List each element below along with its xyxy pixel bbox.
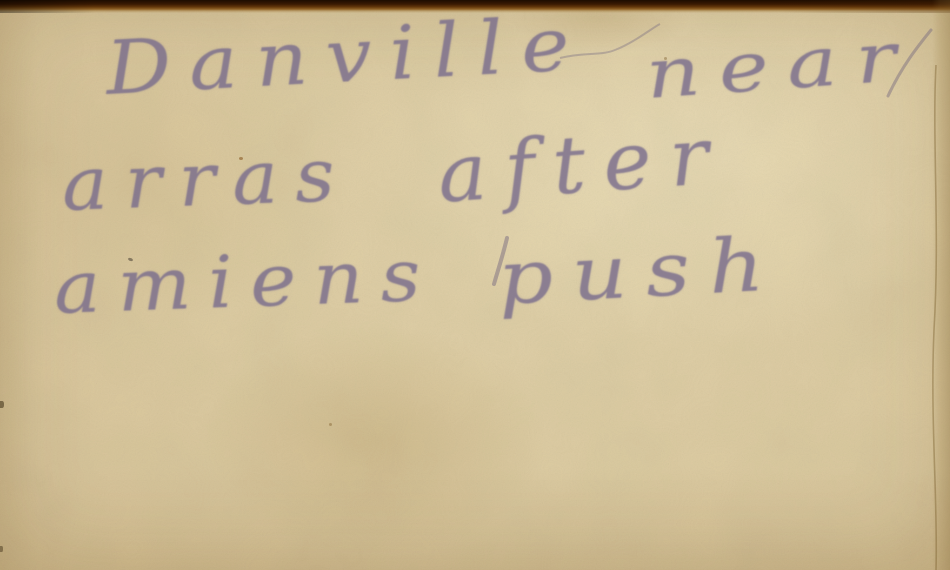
paper-edge-nick: [0, 546, 3, 552]
paper-edge-nick: [0, 401, 4, 408]
photo-right-edge: [932, 0, 950, 570]
paper-speck: [329, 423, 332, 426]
handwriting-word-push: push: [496, 221, 785, 322]
handwriting-word-arras: arras: [60, 132, 352, 228]
photo-back-paper: Danville near arras after amiens push: [0, 0, 950, 570]
handwriting-word-after: after: [435, 108, 729, 221]
handwriting-word-near: near: [643, 17, 917, 115]
handwriting-word-danville: Danville: [104, 1, 590, 112]
handwriting-word-amiens: amiens: [53, 233, 439, 330]
